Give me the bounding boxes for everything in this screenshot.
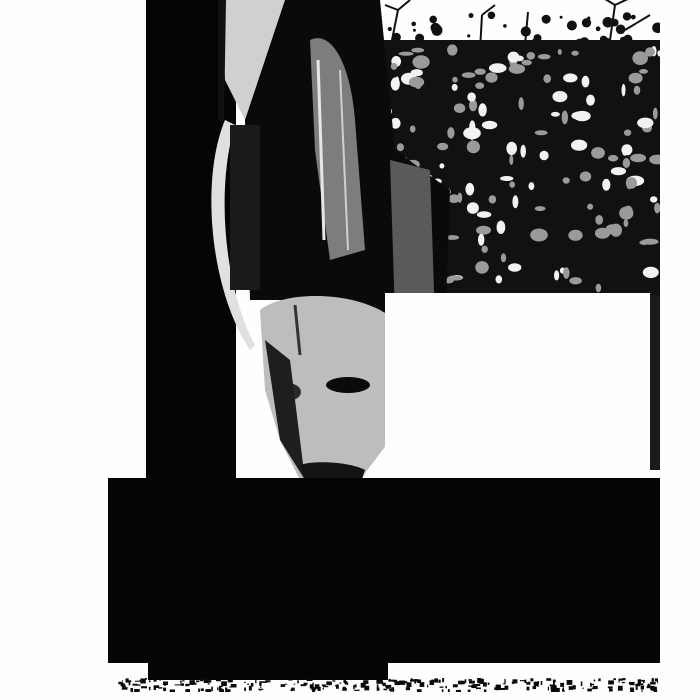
right-edge-strip [650, 295, 660, 470]
white-panel [385, 293, 650, 476]
bottom-black-block [108, 478, 660, 663]
bottom-lower-block [148, 660, 388, 680]
collage-canvas [0, 0, 700, 700]
torn-photocopy-edge [118, 678, 658, 692]
